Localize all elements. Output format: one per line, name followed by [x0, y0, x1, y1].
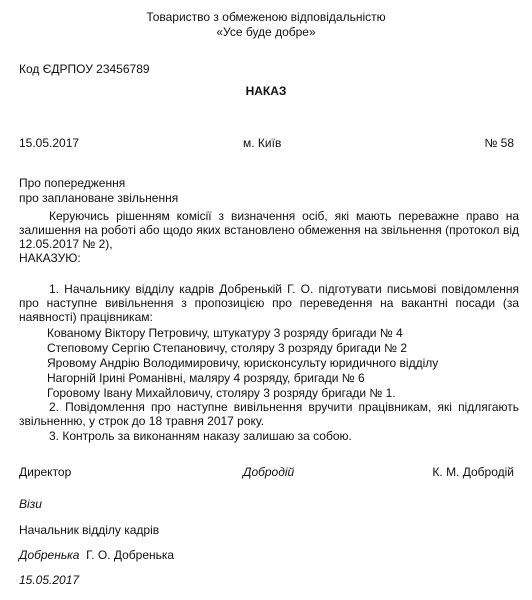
- visa-date: 15.05.2017: [19, 573, 79, 587]
- signature-sign: Добродій: [243, 465, 294, 479]
- signature-name: К. М. Добродій: [432, 465, 514, 479]
- visa-position: Начальник відділу кадрів: [19, 523, 159, 537]
- order-item-2: 2. Повідомлення про наступне вивільнення…: [19, 400, 519, 428]
- preamble: Керуючись рішенням комісії з визначення …: [19, 209, 519, 251]
- visa-name: Г. О. Добренька: [86, 548, 174, 562]
- employee-item: Горовому Івану Михайловичу, столяру 3 ро…: [47, 386, 396, 400]
- visas-label: Візи: [19, 497, 42, 511]
- order-date: 15.05.2017: [19, 136, 79, 150]
- visa-signature-line: Добренька Г. О. Добренька: [19, 548, 174, 562]
- edrpou-code: Код ЄДРПОУ 23456789: [19, 62, 150, 76]
- employee-item: Яровому Андрію Володимировичу, юрисконсу…: [47, 356, 438, 370]
- order-number: № 58: [484, 136, 514, 150]
- employee-item: Кованому Віктору Петровичу, штукатуру 3 …: [47, 326, 403, 340]
- order-city: м. Київ: [243, 136, 281, 150]
- employee-item: Нагорній Ірині Романівні, маляру 4 розря…: [47, 371, 365, 385]
- subject-line-2: про заплановане звільнення: [19, 191, 178, 205]
- company-name: Товариство з обмеженою відповідальністю: [0, 10, 532, 24]
- document-title: НАКАЗ: [0, 84, 532, 98]
- company-quoted-name: «Усе буде добре»: [0, 25, 532, 39]
- order-word: НАКАЗУЮ:: [19, 251, 81, 265]
- order-item-1: 1. Начальнику відділу кадрів Добренькій …: [19, 282, 519, 324]
- subject-line-1: Про попередження: [19, 176, 125, 190]
- visa-sign: Добренька: [19, 548, 79, 562]
- order-item-3: 3. Контроль за виконанням наказу залишаю…: [19, 429, 519, 443]
- employee-item: Степовому Сергію Степановичу, столяру 3 …: [47, 341, 407, 355]
- signature-position: Директор: [19, 465, 71, 479]
